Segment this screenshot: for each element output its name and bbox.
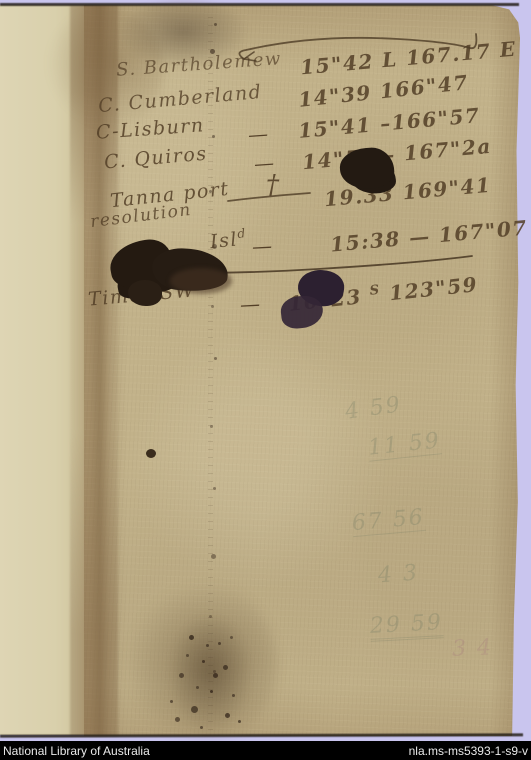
library-name: National Library of Australia: [3, 744, 150, 758]
image-id: nla.ms-ms5393-1-s9-v: [409, 744, 528, 758]
digitised-manuscript-viewer: S. Bartholemew 15"42 L 167.17 E C. Cumbe…: [0, 0, 531, 760]
status-bar: National Library of Australia nla.ms-ms5…: [0, 741, 531, 760]
manuscript-page: [84, 5, 520, 736]
